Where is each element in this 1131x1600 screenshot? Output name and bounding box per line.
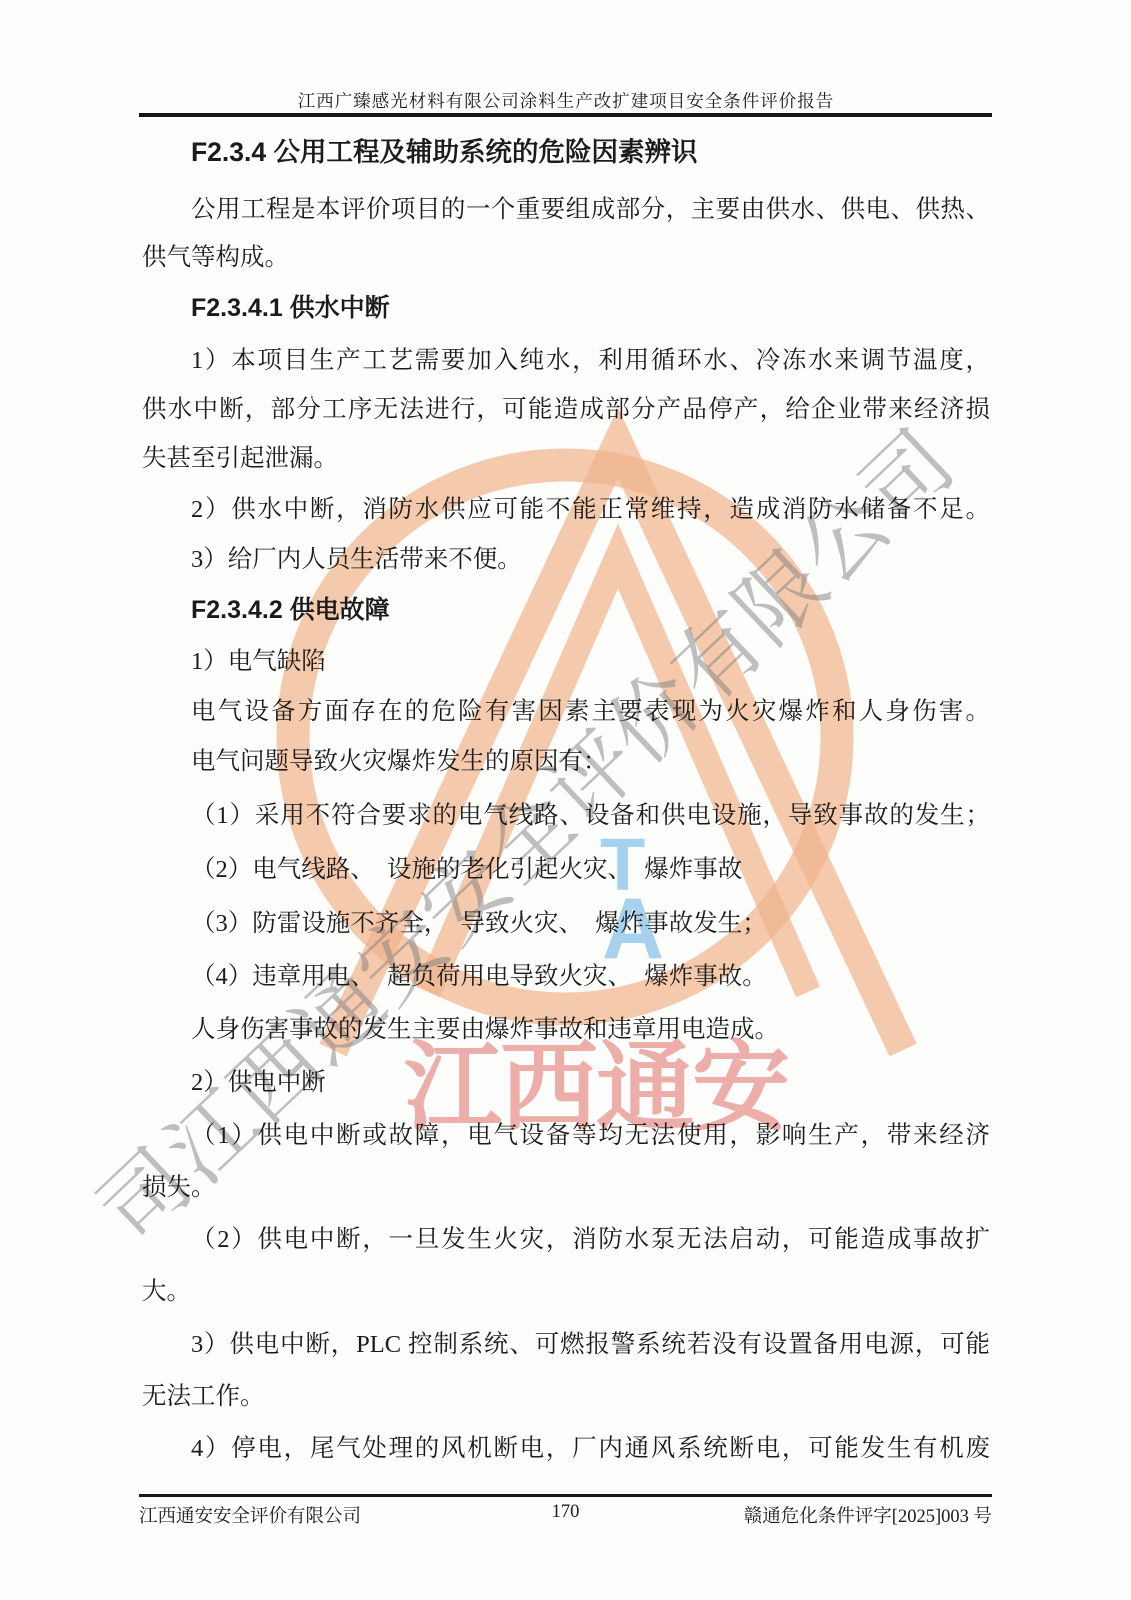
footer-company-name: 江西通安安全评价有限公司	[139, 1502, 361, 1528]
body-line: （1）采用不符合要求的电气线路、设备和供电设施，导致事故的发生；	[142, 799, 990, 833]
header-rule	[139, 113, 992, 117]
body-line: （2）电气线路、 设施的老化引起火灾、 爆炸事故	[142, 853, 990, 887]
body-line: 大。	[142, 1275, 990, 1309]
body-line: 电气问题导致火灾爆炸发生的原因有：	[142, 745, 990, 779]
body-line: 供气等构成。	[142, 241, 990, 275]
body-line: （2）供电中断，一旦发生火灾，消防水泵无法启动，可能造成事故扩	[142, 1223, 990, 1257]
footer-document-number: 赣通危化条件评字[2025]003 号	[744, 1502, 992, 1528]
body-line: 失甚至引起泄漏。	[142, 442, 990, 476]
body-line: 无法工作。	[142, 1380, 990, 1414]
section-heading-f2-3-4: F2.3.4 公用工程及辅助系统的危险因素辨识	[142, 135, 990, 169]
body-line: 2）供水中断，消防水供应可能不能正常维持，造成消防水储备不足。	[142, 493, 990, 527]
section-heading-f2-3-4-2: F2.3.4.2 供电故障	[142, 593, 990, 627]
body-line: （1）供电中断或故障，电气设备等均无法使用，影响生产，带来经济	[142, 1119, 990, 1153]
body-line: （3）防雷设施不齐全， 导致火灾、 爆炸事故发生；	[142, 907, 990, 941]
body-line: 4）停电，尾气处理的风机断电，厂内通风系统断电，可能发生有机废	[142, 1432, 990, 1466]
body-line: 供水中断，部分工序无法进行，可能造成部分产品停产，给企业带来经济损	[142, 393, 990, 427]
body-line: 人身伤害事故的发生主要由爆炸事故和违章用电造成。	[142, 1013, 990, 1047]
page-header-title: 江西广臻感光材料有限公司涂料生产改扩建项目安全条件评价报告	[142, 88, 990, 113]
body-line: 损失。	[142, 1171, 990, 1205]
body-line: 3）供电中断，PLC 控制系统、可燃报警系统若没有设置备用电源，可能	[142, 1328, 990, 1362]
document-page: T A 司 江西通安安全评价有限公司 江西通安 江西广臻感光材料有限公司涂料生产…	[0, 0, 1131, 1600]
section-heading-f2-3-4-1: F2.3.4.1 供水中断	[142, 291, 990, 325]
page-footer: 170 江西通安安全评价有限公司 赣通危化条件评字[2025]003 号	[139, 1502, 992, 1528]
body-line: （4）违章用电、 超负荷用电导致火灾、 爆炸事故。	[142, 960, 990, 994]
body-line: 3）给厂内人员生活带来不便。	[142, 543, 990, 577]
body-line: 电气设备方面存在的危险有害因素主要表现为火灾爆炸和人身伤害。	[142, 695, 990, 729]
body-line: 1）本项目生产工艺需要加入纯水，利用循环水、冷冻水来调节温度，	[142, 344, 990, 378]
footer-rule	[139, 1494, 992, 1497]
body-line: 公用工程是本评价项目的一个重要组成部分，主要由供水、供电、供热、	[142, 193, 990, 227]
body-line: 2）供电中断	[142, 1066, 990, 1100]
body-line: 1）电气缺陷	[142, 645, 990, 679]
